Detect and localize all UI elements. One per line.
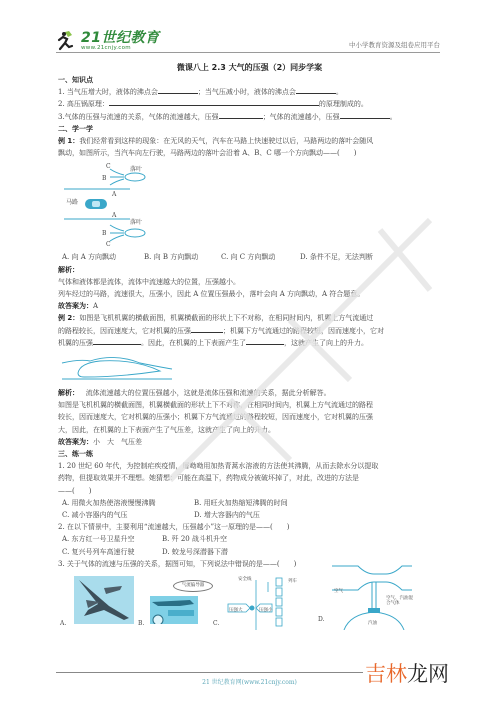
option-d[interactable]: D. 增大容器内的气压 xyxy=(194,509,260,521)
spoiler-callout: 气流偏导器 xyxy=(173,580,213,592)
document-body: 一、知识点 1. 当气压增大时，液体的沸点会；当气压减小时，液体的沸点会。 2.… xyxy=(58,74,444,632)
high-pressure-label: 压强大 xyxy=(229,605,243,617)
example-2-line-3: 机翼的压强。因此，在机翼的上下表面产生了，这就产生了向上的升力。 xyxy=(58,337,444,349)
leaf-label-top: 落叶 xyxy=(130,164,142,176)
example-1-line-1: 例 1：我们经常看到这样的现象：在无风的天气，汽车在马路上快速驶过以后，马路两边… xyxy=(58,135,444,147)
logo-main-text: 21世纪教育 xyxy=(81,31,159,45)
question-2-options-row-2: C. 复兴号列车高速行驶 D. 蛟龙号深潜器下潜 xyxy=(58,546,444,558)
option-b[interactable]: B. 用旺火加热缩短沸腾的时间 xyxy=(194,497,288,509)
answer-line: 故答案为：A xyxy=(58,300,444,312)
question-1-line: 1. 20 世纪 60 年代，为控制疟疾疫情，屠呦呦用加热青蒿水溶液的方法使其沸… xyxy=(58,460,444,472)
fill-blank[interactable] xyxy=(191,325,223,333)
question-1-options-row-2: C. 减小容器内的气压 D. 增大容器内的气压 xyxy=(58,509,444,521)
logo: 21世纪教育 www.21cnjy.com xyxy=(56,27,159,51)
document-title: 微课八上 2.3 大气的压强（2）同步学案 xyxy=(0,62,499,73)
option-c[interactable]: C. 向 C 方向飘动 xyxy=(221,251,300,263)
page-header: 21世纪教育 www.21cnjy.com 中小学教育资源及组卷应用平台 xyxy=(56,27,440,53)
answer-label: 故答案为： xyxy=(58,302,93,310)
text: ；当气压减小时，液体的沸点会 xyxy=(198,88,296,96)
question-2-options-row-1: A. 东方红一号卫星升空 B. 歼 20 战斗机升空 xyxy=(58,533,444,545)
text: 3.气体的压强与流速的关系，气体的流速越大，压强 xyxy=(58,113,219,121)
safety-line-label: 安全线 xyxy=(238,574,252,586)
fill-blank[interactable] xyxy=(340,111,390,119)
text: 我们经常看到这样的现象：在无风的天气，汽车在马路上快速驶过以后，马路两边的落叶会… xyxy=(79,137,373,145)
label-b-top: B xyxy=(102,173,106,185)
fill-blank[interactable] xyxy=(93,337,141,345)
fig-label-b: B. xyxy=(138,618,144,630)
text: ；气体的流速越小，压强 xyxy=(263,113,340,121)
option-d[interactable]: D. 蛟龙号深潜器下潜 xyxy=(162,546,228,558)
fill-blank[interactable] xyxy=(109,98,319,106)
example-1-line-2: 飘动，如图所示，当汽车向左行驶，马路两边的落叶会沿着 A、B、C 哪一个方向飘动… xyxy=(58,147,444,159)
fighter-jet-image xyxy=(74,576,134,624)
runner-logo-icon xyxy=(56,29,78,51)
air-label: 空气 xyxy=(334,586,343,598)
fill-blank[interactable] xyxy=(296,86,336,94)
text: 。因此，在机翼的上下表面产生了 xyxy=(141,339,246,347)
road-leaves-figure: C B A 落叶 马路 A 落叶 B C xyxy=(60,159,190,251)
analysis-line: 解析： 流体流速越大的位置压强越小，这就是流体压强和流速的关系，据此分析解答。 xyxy=(58,387,444,399)
question-1-line: 药物，但提取效果并不理想。她猜想：可能在高温下，药物成分被破坏掉了，对此，改进的… xyxy=(58,472,444,484)
knowledge-item-3: 3.气体的压强与流速的关系，气体的流速越大，压强；气体的流速越小，压强。 xyxy=(58,111,444,123)
mixture-label: 空气、汽油混合气体 xyxy=(386,596,414,606)
fig-label-c: C. xyxy=(213,618,219,630)
text: 。 xyxy=(390,113,397,121)
option-d[interactable]: D. 条件不足，无法判断 xyxy=(300,251,373,263)
example-label: 例 2： xyxy=(58,314,79,322)
label-c-bottom: C xyxy=(106,239,111,251)
analysis-line: 列车经过的马路，流速很大，压强小，因此 A 位置压强最小，落叶会向 A 方向飘动… xyxy=(58,288,444,300)
example-2-line-1: 例 2：如图是飞机机翼的横截面图，机翼横截面的形状上下不对称，在相同时间内，机翼… xyxy=(58,312,444,324)
option-b[interactable]: B. 向 B 方向飘动 xyxy=(144,251,221,263)
question-2: 2. 在以下情景中，主要利用“流速越大，压强越小”这一原理的是——( ) xyxy=(58,521,444,533)
answer-value: A xyxy=(93,302,98,310)
question-1-line: ——( ) xyxy=(58,485,444,497)
text: 流体流速越大的位置压强越小，这就是流体压强和流速的关系，据此分析解答。 xyxy=(86,389,331,397)
document-page: 21世纪教育 www.21cnjy.com 中小学教育资源及组卷应用平台 微课八… xyxy=(0,0,499,706)
fig-label-d: D. xyxy=(318,614,325,626)
analysis-line: 大，因此，在机翼的上下表面产生了气压差，这就产生了向上的升力。 xyxy=(58,424,444,436)
example-1-options: A. 向 A 方向飘动 B. 向 B 方向飘动 C. 向 C 方向飘动 D. 条… xyxy=(58,251,444,263)
text: 如图是飞机机翼的横截面图，机翼横截面的形状上下不对称，在相同时间内，机翼上方气流… xyxy=(79,314,373,322)
section-heading-practice: 三、练一练 xyxy=(58,448,444,460)
example-label: 例 1： xyxy=(58,137,79,145)
question-1-options-row-1: A. 用微火加热使溶液慢慢沸腾 B. 用旺火加热缩短沸腾的时间 xyxy=(58,497,444,509)
text: 的原理制成的。 xyxy=(319,100,368,108)
carburetor-diagram: 空气 空气、汽油混合气体 汽油 xyxy=(330,562,414,630)
text: 。 xyxy=(336,88,343,96)
section-heading-learn: 二、学一学 xyxy=(58,123,444,135)
text: ；机翼下方气流通过的路程较短，因而速度小，它对 xyxy=(223,327,384,335)
option-a[interactable]: A. 用微火加热使溶液慢慢沸腾 xyxy=(62,497,194,509)
knowledge-item-2: 2. 高压锅原理：的原理制成的。 xyxy=(58,98,444,110)
knowledge-item-1: 1. 当气压增大时，液体的沸点会；当气压减小时，液体的沸点会。 xyxy=(58,86,444,98)
option-c[interactable]: C. 减小容器内的气压 xyxy=(62,509,194,521)
brand-black-text: 龙网 xyxy=(407,662,449,686)
option-a[interactable]: A. 向 A 方向飘动 xyxy=(62,251,144,263)
wing-airflow-figure xyxy=(60,355,180,383)
analysis-label: 解析： xyxy=(58,264,444,276)
brand-orange-text: 吉林 xyxy=(365,662,407,686)
platform-label: 中小学教育资源及组卷应用平台 xyxy=(349,40,440,49)
low-pressure-label: 压强小 xyxy=(259,605,273,617)
brand-watermark: 吉林龙网 xyxy=(363,658,451,688)
label-a-top: A xyxy=(112,189,116,201)
option-c[interactable]: C. 复兴号列车高速行驶 xyxy=(62,546,162,558)
question-3-figures: A. B. 气流偏导器 C. xyxy=(58,574,458,632)
car-spoiler-image xyxy=(150,596,198,624)
text: 机翼的压强 xyxy=(58,339,93,347)
answer-line: 故答案为：小 大 气压差 xyxy=(58,436,444,448)
analysis-line: 气体和液体都是流体，流体中流速越大的位置，压强越小。 xyxy=(58,276,444,288)
train-label: 列车 xyxy=(288,576,297,588)
text: 2. 高压锅原理： xyxy=(58,100,109,108)
fill-blank[interactable] xyxy=(158,86,198,94)
text: 的路程较长，因而速度大，它对机翼的压强 xyxy=(58,327,191,335)
text: ，这就产生了向上的升力。 xyxy=(284,339,368,347)
logo-url-text: www.21cnjy.com xyxy=(81,46,159,52)
analysis-line: 如图是飞机机翼的横截面图，机翼横截面的形状上下不对称，在相同时间内，机翼上方气流… xyxy=(58,399,444,411)
road-label: 马路 xyxy=(66,197,78,209)
label-a-bottom: A xyxy=(112,210,116,222)
analysis-line: 较长，因而速度大，它对机翼的压强小；机翼下方气流通过的路程较短，因而速度小，它对… xyxy=(58,411,444,423)
label-c-top: C xyxy=(106,161,111,173)
option-a[interactable]: A. 东方红一号卫星升空 xyxy=(62,533,162,545)
analysis-label: 解析： xyxy=(58,389,79,397)
text: 1. 当气压增大时，液体的沸点会 xyxy=(58,88,158,96)
fill-blank[interactable] xyxy=(219,111,263,119)
fig-label-a: A. xyxy=(60,618,66,630)
fuel-label: 汽油 xyxy=(368,618,377,630)
leaf-label-bottom: 落叶 xyxy=(130,217,142,229)
answer-label: 故答案为： xyxy=(58,438,93,446)
section-heading-knowledge: 一、知识点 xyxy=(58,74,444,86)
example-2-line-2: 的路程较长，因而速度大，它对机翼的压强；机翼下方气流通过的路程较短，因而速度小，… xyxy=(58,325,444,337)
option-b[interactable]: B. 歼 20 战斗机升空 xyxy=(162,533,227,545)
answer-value: 小 大 气压差 xyxy=(93,438,142,446)
fill-blank[interactable] xyxy=(246,337,284,345)
